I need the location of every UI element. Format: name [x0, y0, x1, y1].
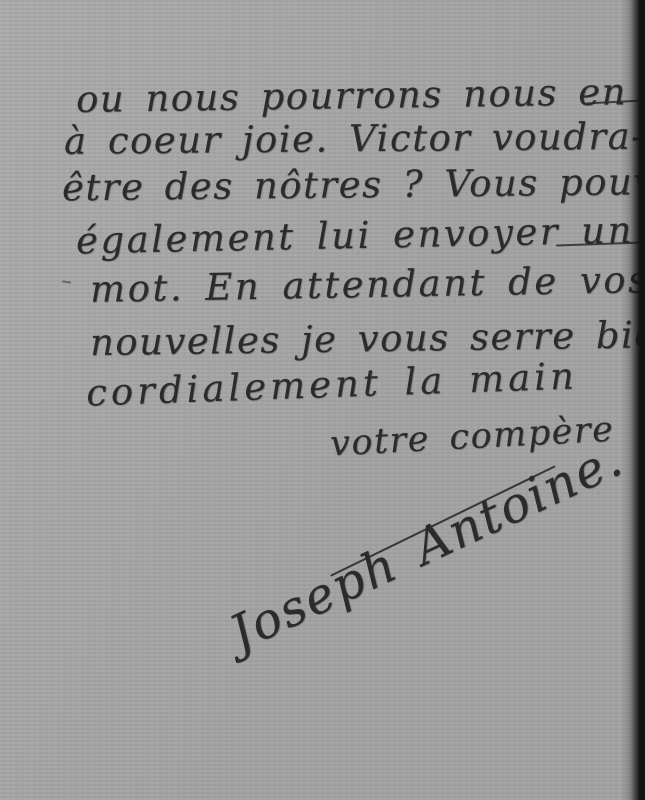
handwritten-signature: Joseph Antoine.	[223, 434, 630, 659]
ink-speck	[62, 280, 71, 283]
handwritten-line-1: ou nous pourrons nous en donner	[76, 71, 645, 118]
scan-right-edge-shadow	[621, 0, 645, 800]
scanned-letter-page: ou nous pourrons nous en donner à coeur …	[0, 0, 645, 800]
handwritten-line-5: mot. En attendant de vos	[90, 261, 645, 308]
handwritten-line-4: également lui envoyer un	[76, 212, 634, 260]
handwritten-line-3: être des nôtres ? Vous pouvez	[62, 163, 645, 207]
handwritten-line-7: cordialement la main	[86, 357, 579, 411]
handwritten-line-2: à coeur joie. Victor voudra-t-il	[64, 117, 645, 160]
